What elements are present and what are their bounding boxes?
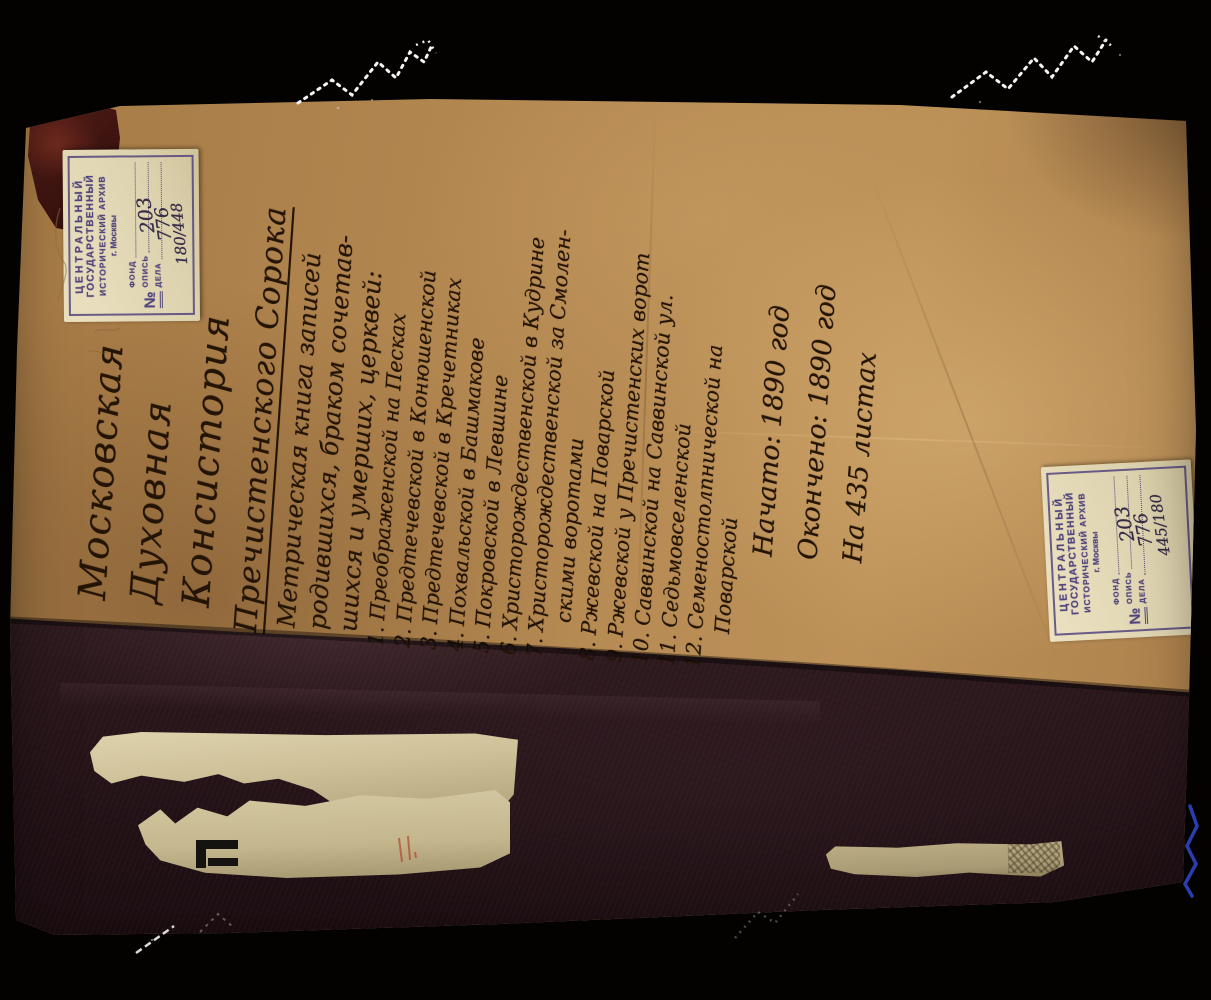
- church-number: 6.: [494, 635, 522, 656]
- stamp-field-row: ОПИСЬ: [136, 162, 150, 287]
- scratch-mark: [952, 40, 1106, 97]
- book-cover-photo: МосковскаяДуховнаяКонсистория Пречистенс…: [0, 0, 1211, 1000]
- archival-photo: МосковскаяДуховнаяКонсистория Пречистенс…: [0, 0, 1211, 1000]
- numero-sign: №: [143, 291, 163, 308]
- stamp-field-label: ФОНД: [127, 261, 136, 288]
- numero-sign: №: [1127, 607, 1148, 625]
- church-number: 4.: [442, 631, 470, 652]
- church-number: 2.: [389, 627, 417, 648]
- stamp-box: ЦЕНТРАЛЬНЫЙ ГОСУДАРСТВЕННЫЙ ИСТОРИЧЕСКИЙ…: [1046, 466, 1194, 636]
- church-number: 11.: [653, 633, 682, 667]
- stamp-dotted-line: [153, 162, 163, 259]
- stamp-left-rows: ФОНДОПИСЬДЕЛА: [123, 162, 163, 288]
- stamp-line-3: ИСТОРИЧЕСКИЙ АРХИВ: [97, 163, 109, 309]
- scratch-mark: [1098, 36, 1112, 46]
- stamp-line-4: г. Москвы: [108, 163, 120, 309]
- church-number: 9.: [600, 642, 628, 663]
- church-number: 12.: [679, 635, 708, 669]
- blue-thread: [1185, 806, 1197, 896]
- stamp-field-label: ОПИСЬ: [140, 255, 149, 287]
- church-number: 8.: [574, 640, 602, 661]
- church-number: 1.: [362, 625, 390, 646]
- stamp-paper: ЦЕНТРАЛЬНЫЙ ГОСУДАРСТВЕННЫЙ ИСТОРИЧЕСКИЙ…: [1041, 459, 1200, 642]
- stamp-box: ЦЕНТРАЛЬНЫЙ ГОСУДАРСТВЕННЫЙ ИСТОРИЧЕСКИЙ…: [68, 155, 195, 316]
- church-number: 10.: [627, 631, 656, 665]
- church-number: 3.: [415, 629, 443, 650]
- archive-stamp-right: ЦЕНТРАЛЬНЫЙ ГОСУДАРСТВЕННЫЙ ИСТОРИЧЕСКИЙ…: [1041, 459, 1200, 642]
- scrap-hatch-pattern: [1008, 842, 1060, 873]
- church-list: 1.Преображенской на Песках2.Предтечевско…: [362, 101, 770, 671]
- scratch-mark: [416, 40, 436, 53]
- archive-stamp-left: ЦЕНТРАЛЬНЫЙ ГОСУДАРСТВЕННЫЙ ИСТОРИЧЕСКИЙ…: [62, 149, 199, 322]
- church-number: 7.: [521, 636, 549, 657]
- stamp-field-row: ДЕЛА: [149, 162, 163, 287]
- church-number: 5.: [468, 633, 496, 654]
- stamp-field-label: ДЕЛА: [1137, 578, 1147, 603]
- stamp-field-row: ФОНД: [123, 162, 137, 287]
- scratch-mark: [298, 45, 432, 103]
- stamp-paper: ЦЕНТРАЛЬНЫЙ ГОСУДАРСТВЕННЫЙ ИСТОРИЧЕСКИЙ…: [62, 149, 199, 322]
- stamp-field-label: ДЕЛА: [153, 262, 162, 287]
- stamp-right-rows: ФОНДОПИСЬДЕЛА: [1101, 475, 1147, 605]
- stamp-dotted-line: [1131, 475, 1145, 576]
